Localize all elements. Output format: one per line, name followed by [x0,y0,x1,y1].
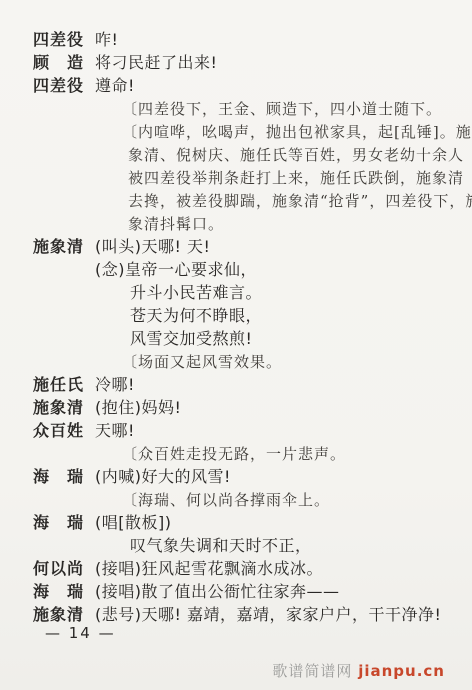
stage-direction: 被四差役举荆条赶打上来，施任氏跌倒，施象清 [33,166,462,189]
line-text: 象清抖髯口。 [128,215,224,233]
line-text: 风雪交加受熬煎! [130,329,252,348]
speaker-name: 何以尚 [33,557,95,580]
speaker-name: 施象清 [33,235,95,258]
line-text: (接唱)狂风起雪花飘滴水成冰。 [95,559,323,578]
line-text: (抱住)妈妈! [95,398,181,417]
verse-line: 叹气象失调和天时不正， [33,534,462,557]
watermark: 歌谱简谱网 jianpu.cn [272,660,445,681]
line-text: 冷哪! [95,375,135,394]
line-text: (接唱)散了值出公衙忙往家奔—— [95,582,340,601]
line-text: 〔四差役下，王金、顾造下，四小道士随下。 [122,100,442,118]
verse-line: 升斗小民苦难言。 [33,281,462,304]
line-text: (内喊)好大的风雪! [95,467,231,486]
stage-direction: 〔内喧哗，吆喝声，抛出包袱家具，起[乱锤]。施 [33,120,462,143]
script-line: 施象清(悲号)天哪! 嘉靖，嘉靖，家家户户，干干净净! [33,603,462,626]
stage-direction: 〔海瑞、何以尚各撑雨伞上。 [33,488,462,511]
speaker-name: 四差役 [33,28,95,51]
line-text: 〔众百姓走投无路，一片悲声。 [122,445,346,463]
speaker-name: 四差役 [33,74,95,97]
speaker-name: 施象清 [33,396,95,419]
line-text: (唱[散板]) [95,513,171,532]
script-line: 顾 造将刁民赶了出来! [33,51,462,74]
speaker-name: 海 瑞 [33,465,95,488]
line-text: 〔海瑞、何以尚各撑雨伞上。 [122,491,330,509]
line-text: 遵命! [95,76,135,95]
page-number: — 14 — [45,624,116,642]
speaker-name: 众百姓 [33,419,95,442]
speaker-name: 施象清 [33,603,95,626]
line-text: 咋! [95,30,118,49]
line-text: 苍天为何不睁眼， [130,306,262,325]
speaker-name: 海 瑞 [33,580,95,603]
line-text: 象清、倪树庆、施任氏等百姓，男女老幼十余人 [128,146,464,164]
speaker-name: 海 瑞 [33,511,95,534]
script-line: 海 瑞(唱[散板]) [33,511,462,534]
script-body: 四差役咋! 顾 造将刁民赶了出来! 四差役遵命! 〔四差役下，王金、顾造下，四小… [0,28,472,626]
script-line: 众百姓天哪! [33,419,462,442]
script-line: 海 瑞(内喊)好大的风雪! [33,465,462,488]
stage-direction: 〔众百姓走投无路，一片悲声。 [33,442,462,465]
line-text: 将刁民赶了出来! [95,53,217,72]
line-text: (念)皇帝一心要求仙， [95,260,257,279]
line-text: (叫头)天哪! 天! [95,237,210,256]
speaker-name: 施任氏 [33,373,95,396]
script-line: 四差役咋! [33,28,462,51]
line-text: 天哪! [95,421,135,440]
line-text: 〔场面又起风雪效果。 [122,353,282,371]
line-text: 被四差役举荆条赶打上来，施任氏跌倒，施象清 [128,169,464,187]
speaker-name: 顾 造 [33,51,95,74]
script-line: 施象清(抱住)妈妈! [33,396,462,419]
watermark-site-name: 歌谱简谱网 [272,662,352,680]
line-text: 〔内喧哗，吆喝声，抛出包袱家具，起[乱锤]。施 [122,123,472,141]
watermark-domain: jianpu.cn [358,662,445,680]
script-line: 何以尚(接唱)狂风起雪花飘滴水成冰。 [33,557,462,580]
stage-direction: 象清抖髯口。 [33,212,462,235]
line-text: 升斗小民苦难言。 [130,283,262,302]
stage-direction: 〔场面又起风雪效果。 [33,350,462,373]
stage-direction: 去搀，被差役脚踹，施象清“抢背”，四差役下，施 [33,189,462,212]
stage-direction: 象清、倪树庆、施任氏等百姓，男女老幼十余人 [33,143,462,166]
script-line: 海 瑞(接唱)散了值出公衙忙往家奔—— [33,580,462,603]
verse-line: 风雪交加受熬煎! [33,327,462,350]
dialogue-continuation: (念)皇帝一心要求仙， [33,258,462,281]
script-line: 四差役遵命! [33,74,462,97]
script-line: 施任氏冷哪! [33,373,462,396]
line-text: (悲号)天哪! 嘉靖，嘉靖，家家户户，干干净净! [95,605,441,624]
verse-line: 苍天为何不睁眼， [33,304,462,327]
stage-direction: 〔四差役下，王金、顾造下，四小道士随下。 [33,97,462,120]
line-text: 去搀，被差役脚踹，施象清“抢背”，四差役下，施 [128,192,472,210]
script-line: 施象清(叫头)天哪! 天! [33,235,462,258]
script-page: 四差役咋! 顾 造将刁民赶了出来! 四差役遵命! 〔四差役下，王金、顾造下，四小… [0,0,472,690]
line-text: 叹气象失调和天时不正， [130,536,312,555]
